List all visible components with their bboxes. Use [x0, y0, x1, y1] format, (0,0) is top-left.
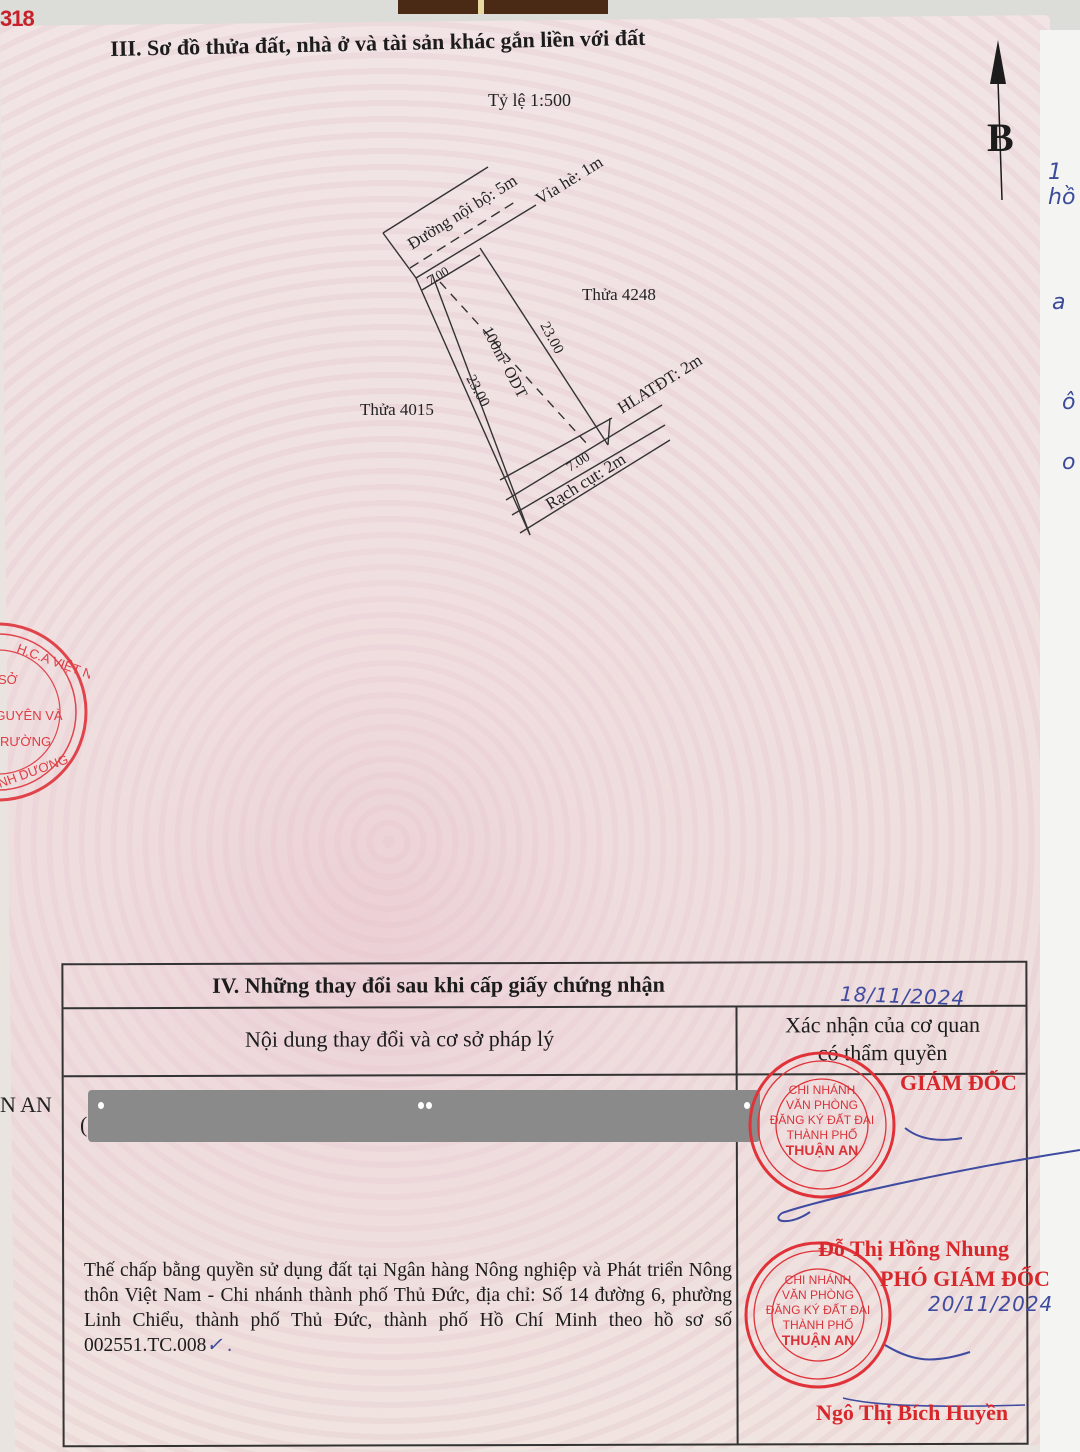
handwritten-date: 18/11/2024: [840, 982, 966, 1010]
entry-1-paren: (: [80, 1112, 87, 1138]
svg-text:NGUYÊN VÀ: NGUYÊN VÀ: [0, 708, 63, 723]
svg-text:TRƯỜNG: TRƯỜNG: [0, 734, 51, 749]
neighbor-left: Thửa 4015: [360, 400, 434, 419]
svg-text:SỞ: SỞ: [0, 672, 18, 687]
signer-2-title: PHÓ GIÁM ĐỐC: [880, 1266, 1050, 1292]
section-4-title: IV. Những thay đổi sau khi cấp giấy chứn…: [63, 971, 813, 999]
svg-text:NH DƯƠNG: NH DƯƠNG: [0, 752, 70, 791]
front-width: 7.00: [424, 263, 451, 287]
redacted-entry: [88, 1090, 760, 1142]
left-margin-text: N AN: [0, 1092, 52, 1118]
department-seal-partial: H.C.A VIỆT NAM SỞ NGUYÊN VÀ TRƯỜNG NH DƯ…: [0, 612, 90, 802]
left-length: 23.00: [462, 372, 492, 409]
right-length: 23.00: [536, 319, 566, 356]
mortgage-entry: Thế chấp bằng quyền sử dụng đất tại Ngân…: [84, 1258, 732, 1358]
column-header-changes: Nội dung thay đổi và cơ sở pháp lý: [64, 1026, 736, 1054]
signer-2-name: Ngô Thị Bích Huyền: [816, 1400, 1008, 1426]
neighbor-right: Thửa 4248: [582, 285, 656, 304]
office-seal-2: CHI NHÁNH VĂN PHÒNG ĐĂNG KÝ ĐẤT ĐAI THÀN…: [738, 1235, 898, 1395]
parcel-diagram: Đường nội bộ: 5m Vỉa hè: 1m 7.00 Thửa 42…: [0, 0, 1080, 600]
corridor-label: HLATĐT: 2m: [614, 350, 705, 417]
sidewalk-label: Vỉa hè: 1m: [532, 152, 606, 208]
office-seal-1: CHI NHÁNH VĂN PHÒNG ĐĂNG KÝ ĐẤT ĐAI THÀN…: [742, 1045, 902, 1205]
signer-1-title: GIÁM ĐỐC: [900, 1070, 1017, 1096]
initials-mark: ✓ .: [206, 1335, 232, 1356]
handwritten-date-2: 20/11/2024: [928, 1292, 1053, 1316]
